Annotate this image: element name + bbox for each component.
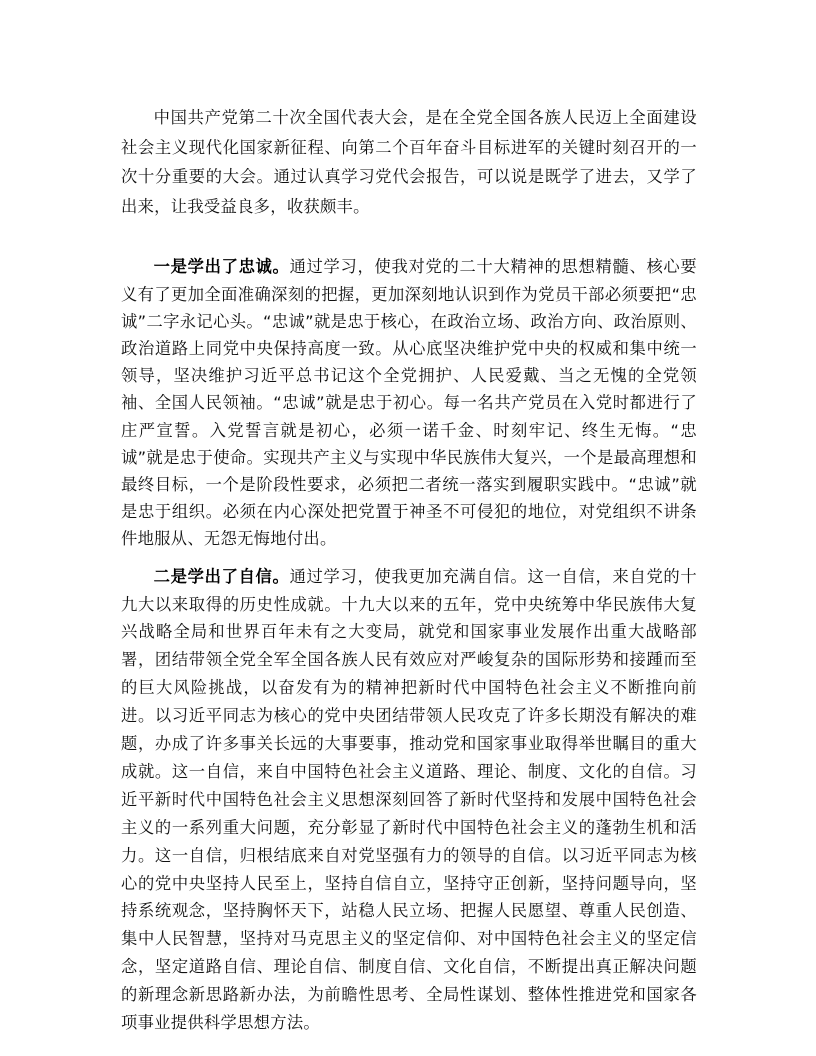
paragraph-loyalty: 一是学出了忠诚。通过学习，使我对党的二十大精神的思想精髓、核心要义有了更加全面准… <box>121 253 697 552</box>
paragraph-heading: 一是学出了忠诚。 <box>154 257 290 276</box>
paragraph-confidence: 二是学出了自信。通过学习，使我更加充满自信。这一自信，来自党的十九大以来取得的历… <box>121 563 697 1037</box>
document-page: 中国共产党第二十次全国代表大会，是在全党全国各族人民迈上全面建设社会主义现代化国… <box>121 103 697 1037</box>
paragraph-text: 通过学习，使我更加充满自信。这一自信，来自党的十九大以来取得的历史性成就。十九大… <box>121 567 697 1033</box>
paragraph-intro: 中国共产党第二十次全国代表大会，是在全党全国各族人民迈上全面建设社会主义现代化国… <box>121 103 697 221</box>
paragraph-text: 通过学习，使我对党的二十大精神的思想精髓、核心要义有了更加全面准确深刻的把握，更… <box>121 257 697 548</box>
paragraph-text: 中国共产党第二十次全国代表大会，是在全党全国各族人民迈上全面建设社会主义现代化国… <box>121 108 697 216</box>
paragraph-heading: 二是学出了自信。 <box>154 567 290 586</box>
